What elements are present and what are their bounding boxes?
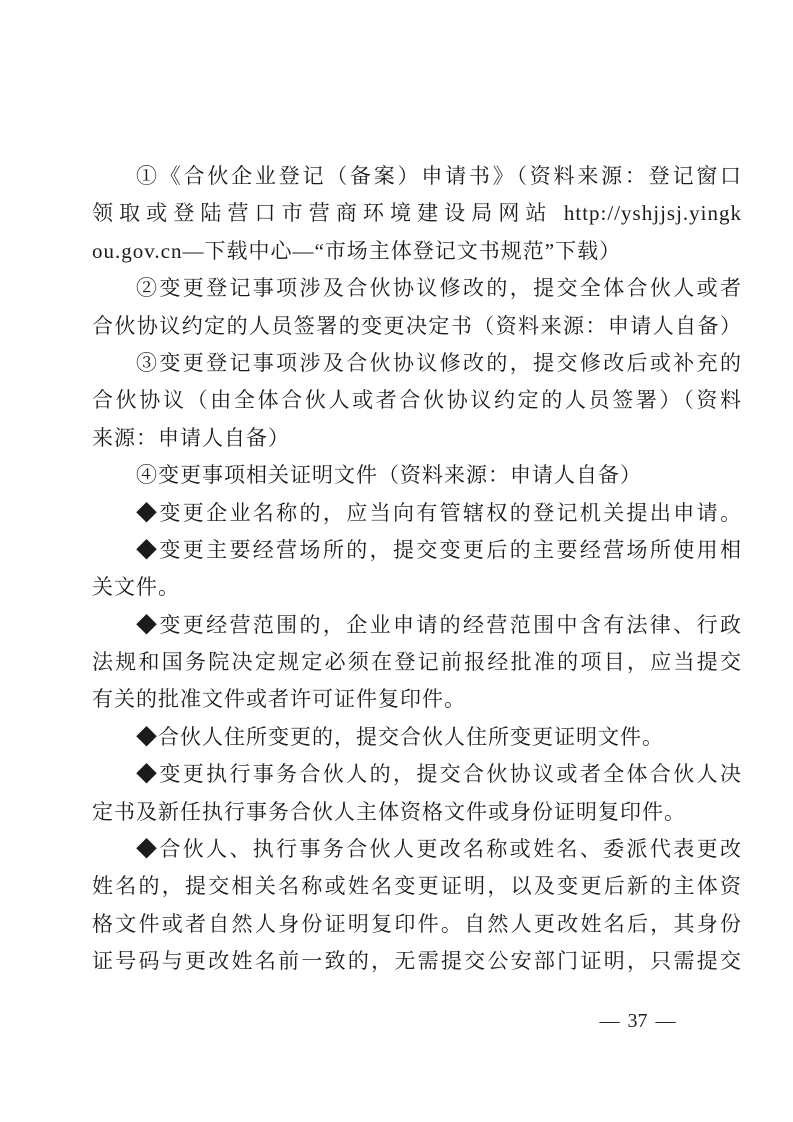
- footer-dash-right: —: [656, 1010, 676, 1032]
- text-line: 合伙协议约定的人员签署的变更决定书（资料来源：申请人自备）: [92, 308, 742, 345]
- text-line: ◆合伙人、执行事务合伙人更改名称或姓名、委派代表更改: [92, 831, 742, 868]
- page-number: 37: [628, 1010, 648, 1032]
- document-body: ①《合伙企业登记（备案）申请书》（资料来源：登记窗口领取或登陆营口市营商环境建设…: [92, 158, 742, 981]
- text-line: ③变更登记事项涉及合伙协议修改的，提交修改后或补充的: [92, 345, 742, 382]
- text-line: 有关的批准文件或者许可证件复印件。: [92, 681, 742, 718]
- text-line: 证号码与更改姓名前一致的，无需提交公安部门证明，只需提交: [92, 943, 742, 980]
- text-line: ◆合伙人住所变更的，提交合伙人住所变更证明文件。: [92, 719, 742, 756]
- text-line: ◆变更企业名称的，应当向有管辖权的登记机关提出申请。: [92, 495, 742, 532]
- text-line: ◆变更经营范围的，企业申请的经营范围中含有法律、行政: [92, 607, 742, 644]
- text-line: ou.gov.cn—下载中心—“市场主体登记文书规范”下载）: [92, 233, 742, 270]
- document-page: ①《合伙企业登记（备案）申请书》（资料来源：登记窗口领取或登陆营口市营商环境建设…: [0, 0, 793, 1122]
- text-line: 法规和国务院决定规定必须在登记前报经批准的项目，应当提交: [92, 644, 742, 681]
- page-footer: —37—: [565, 1006, 710, 1036]
- text-line: ①《合伙企业登记（备案）申请书》（资料来源：登记窗口: [92, 158, 742, 195]
- text-line: ②变更登记事项涉及合伙协议修改的，提交全体合伙人或者: [92, 270, 742, 307]
- text-line: 姓名的，提交相关名称或姓名变更证明，以及变更后新的主体资: [92, 868, 742, 905]
- text-line: 格文件或者自然人身份证明复印件。自然人更改姓名后，其身份: [92, 906, 742, 943]
- footer-dash-left: —: [600, 1010, 620, 1032]
- text-line: 合伙协议（由全体合伙人或者合伙协议约定的人员签署）（资料: [92, 382, 742, 419]
- text-line: 定书及新任执行事务合伙人主体资格文件或身份证明复印件。: [92, 794, 742, 831]
- text-line: 来源：申请人自备）: [92, 420, 742, 457]
- text-line: ◆变更主要经营场所的，提交变更后的主要经营场所使用相: [92, 532, 742, 569]
- text-line: 领取或登陆营口市营商环境建设局网站 http://yshjjsj.yingk: [92, 195, 742, 232]
- text-line: 关文件。: [92, 569, 742, 606]
- text-line: ◆变更执行事务合伙人的，提交合伙协议或者全体合伙人决: [92, 756, 742, 793]
- text-line: ④变更事项相关证明文件（资料来源：申请人自备）: [92, 457, 742, 494]
